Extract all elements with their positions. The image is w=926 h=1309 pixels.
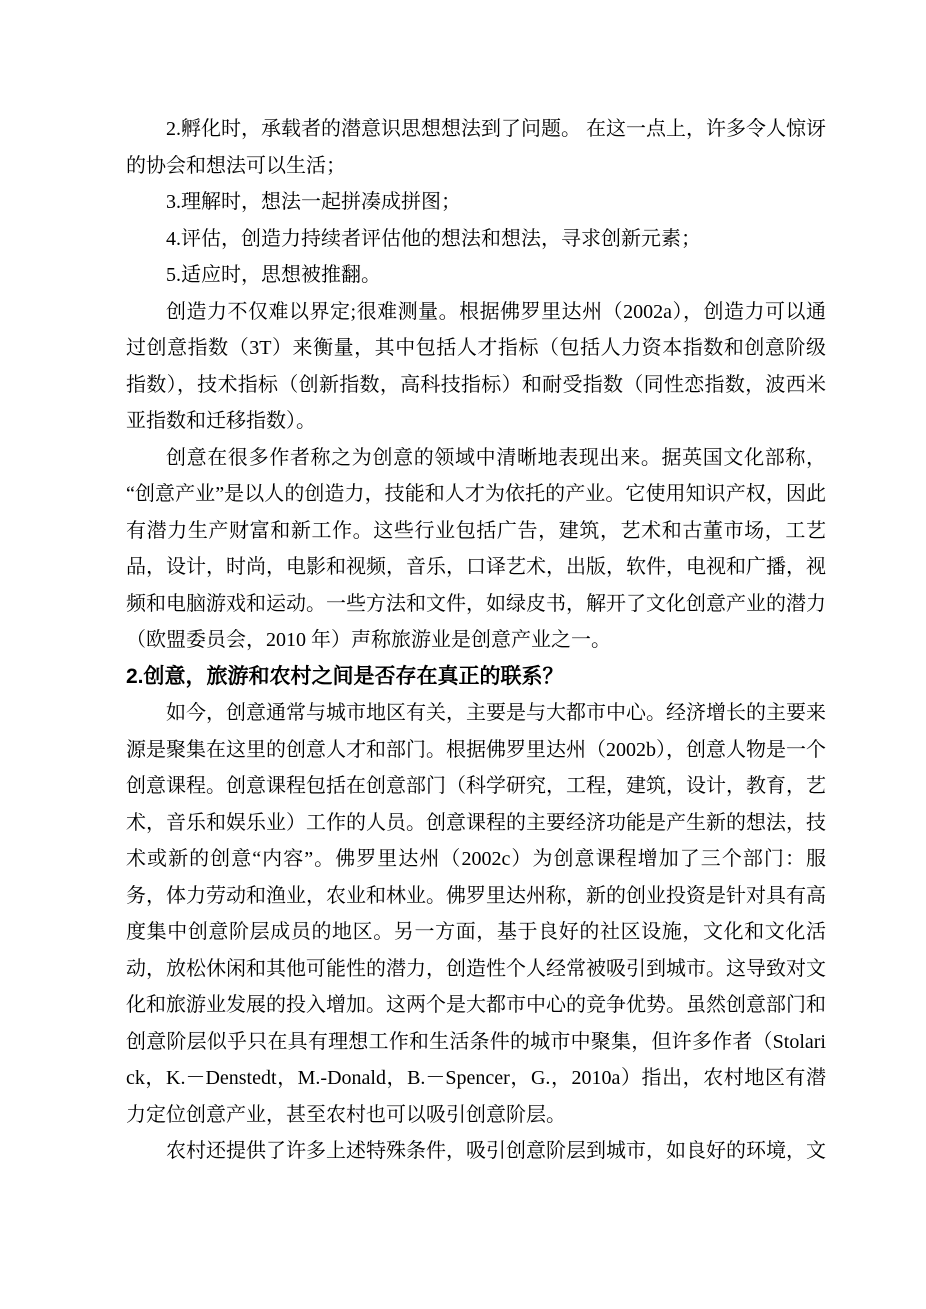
paragraph-creative-industries: 创意在很多作者称之为创意的领域中清晰地表现出来。据英国文化部称，“创意产业”是以… <box>126 440 826 659</box>
list-item-incubation: 2.孵化时，承载者的潜意识思想想法到了问题。 在这一点上，许多令人惊讶的协会和想… <box>126 111 826 184</box>
list-item-evaluation: 4.评估，创造力持续者评估他的想法和想法，寻求创新元素； <box>126 221 826 258</box>
list-item-understanding: 3.理解时，想法一起拼凑成拼图； <box>126 184 826 221</box>
section-heading-creativity-tourism-rural: 2.创意，旅游和农村之间是否存在真正的联系？ <box>126 659 826 696</box>
paragraph-creativity-and-cities: 如今，创意通常与城市地区有关，主要是与大都市中心。经济增长的主要来源是聚集在这里… <box>126 695 826 1133</box>
document-page: 2.孵化时，承载者的潜意识思想想法到了问题。 在这一点上，许多令人惊讶的协会和想… <box>0 0 926 1309</box>
paragraph-rural-special-conditions: 农村还提供了许多上述特殊条件，吸引创意阶层到城市，如良好的环境，文 <box>126 1133 826 1170</box>
list-item-adaptation: 5.适应时，思想被推翻。 <box>126 257 826 294</box>
paragraph-creativity-measurement: 创造力不仅难以界定;很难测量。根据佛罗里达州（2002a），创造力可以通过创意指… <box>126 294 826 440</box>
